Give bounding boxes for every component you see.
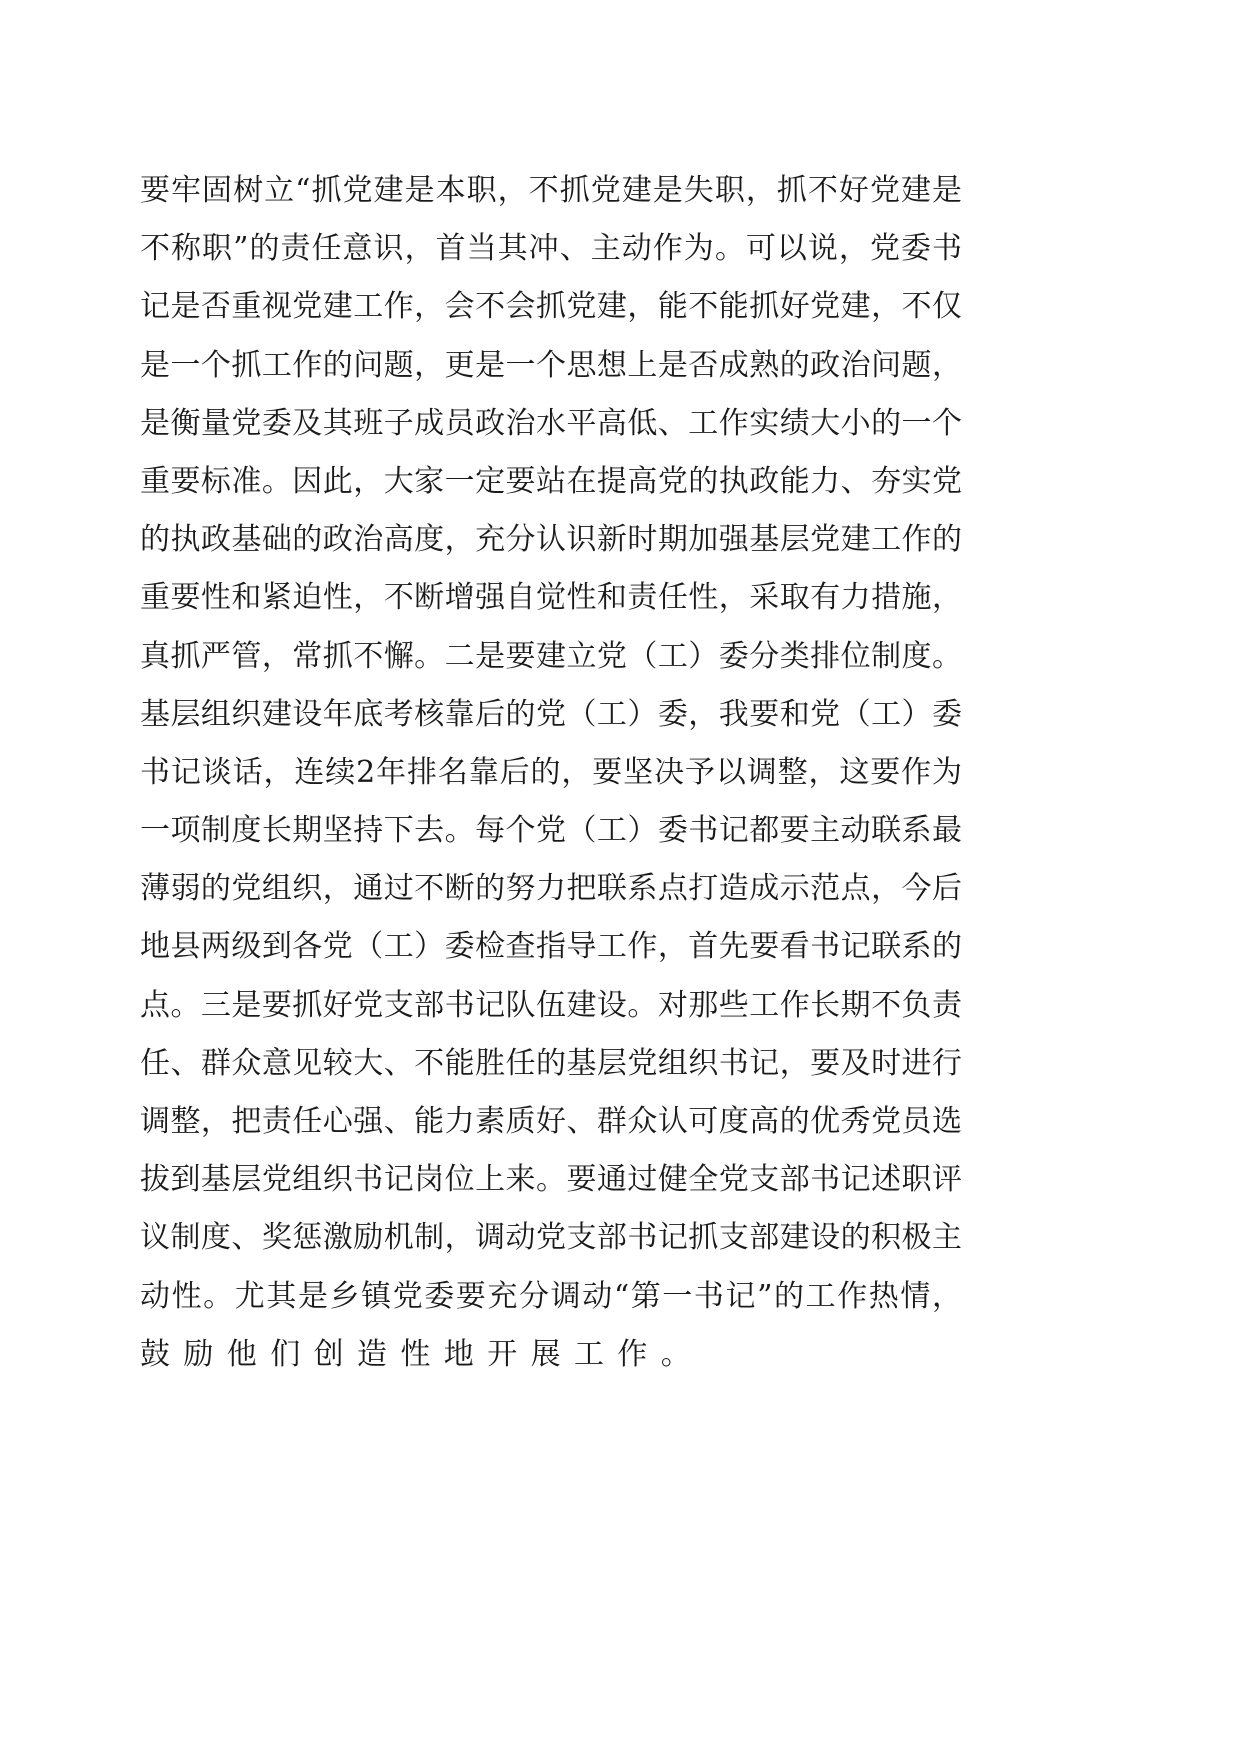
paragraph-line: 点。三是要抓好党支部书记队伍建设。对那些工作长期不负责 <box>140 977 962 1035</box>
paragraph-line: 书记谈话，连续2年排名靠后的，要坚决予以调整，这要作为 <box>140 744 962 802</box>
paragraph-line: 记是否重视党建工作，会不会抓党建，能不能抓好党建，不仅 <box>140 278 962 336</box>
paragraph-line: 拔到基层党组织书记岗位上来。要通过健全党支部书记述职评 <box>140 1151 962 1209</box>
paragraph-line: 一项制度长期坚持下去。每个党（工）委书记都要主动联系最 <box>140 802 962 860</box>
paragraph-line: 重要标准。因此，大家一定要站在提高党的执政能力、夯实党 <box>140 453 962 511</box>
paragraph-line: 基层组织建设年底考核靠后的党（工）委，我要和党（工）委 <box>140 686 962 744</box>
paragraph-line: 是一个抓工作的问题，更是一个思想上是否成熟的政治问题， <box>140 337 962 395</box>
paragraph-line: 要牢固树立“抓党建是本职，不抓党建是失职，抓不好党建是 <box>140 162 962 220</box>
paragraph-line: 是衡量党委及其班子成员政治水平高低、工作实绩大小的一个 <box>140 395 962 453</box>
paragraph-line: 不称职”的责任意识，首当其冲、主动作为。可以说，党委书 <box>140 220 962 278</box>
body-paragraph: 要牢固树立“抓党建是本职，不抓党建是失职，抓不好党建是 不称职”的责任意识，首当… <box>140 162 962 1384</box>
paragraph-line: 地县两级到各党（工）委检查指导工作，首先要看书记联系的 <box>140 918 962 976</box>
paragraph-line: 真抓严管，常抓不懈。二是要建立党（工）委分类排位制度。 <box>140 628 962 686</box>
paragraph-line: 调整，把责任心强、能力素质好、群众认可度高的优秀党员选 <box>140 1093 962 1151</box>
paragraph-line: 的执政基础的政治高度，充分认识新时期加强基层党建工作的 <box>140 511 962 569</box>
paragraph-line: 重要性和紧迫性，不断增强自觉性和责任性，采取有力措施， <box>140 569 962 627</box>
paragraph-line: 议制度、奖惩激励机制，调动党支部书记抓支部建设的积极主 <box>140 1209 962 1267</box>
paragraph-line: 薄弱的党组织，通过不断的努力把联系点打造成示范点，今后 <box>140 860 962 918</box>
paragraph-line: 鼓励他们创造性地开展工作。 <box>140 1326 962 1384</box>
paragraph-line: 动性。尤其是乡镇党委要充分调动“第一书记”的工作热情， <box>140 1268 962 1326</box>
paragraph-line: 任、群众意见较大、不能胜任的基层党组织书记，要及时进行 <box>140 1035 962 1093</box>
document-page: 要牢固树立“抓党建是本职，不抓党建是失职，抓不好党建是 不称职”的责任意识，首当… <box>0 0 1240 1754</box>
